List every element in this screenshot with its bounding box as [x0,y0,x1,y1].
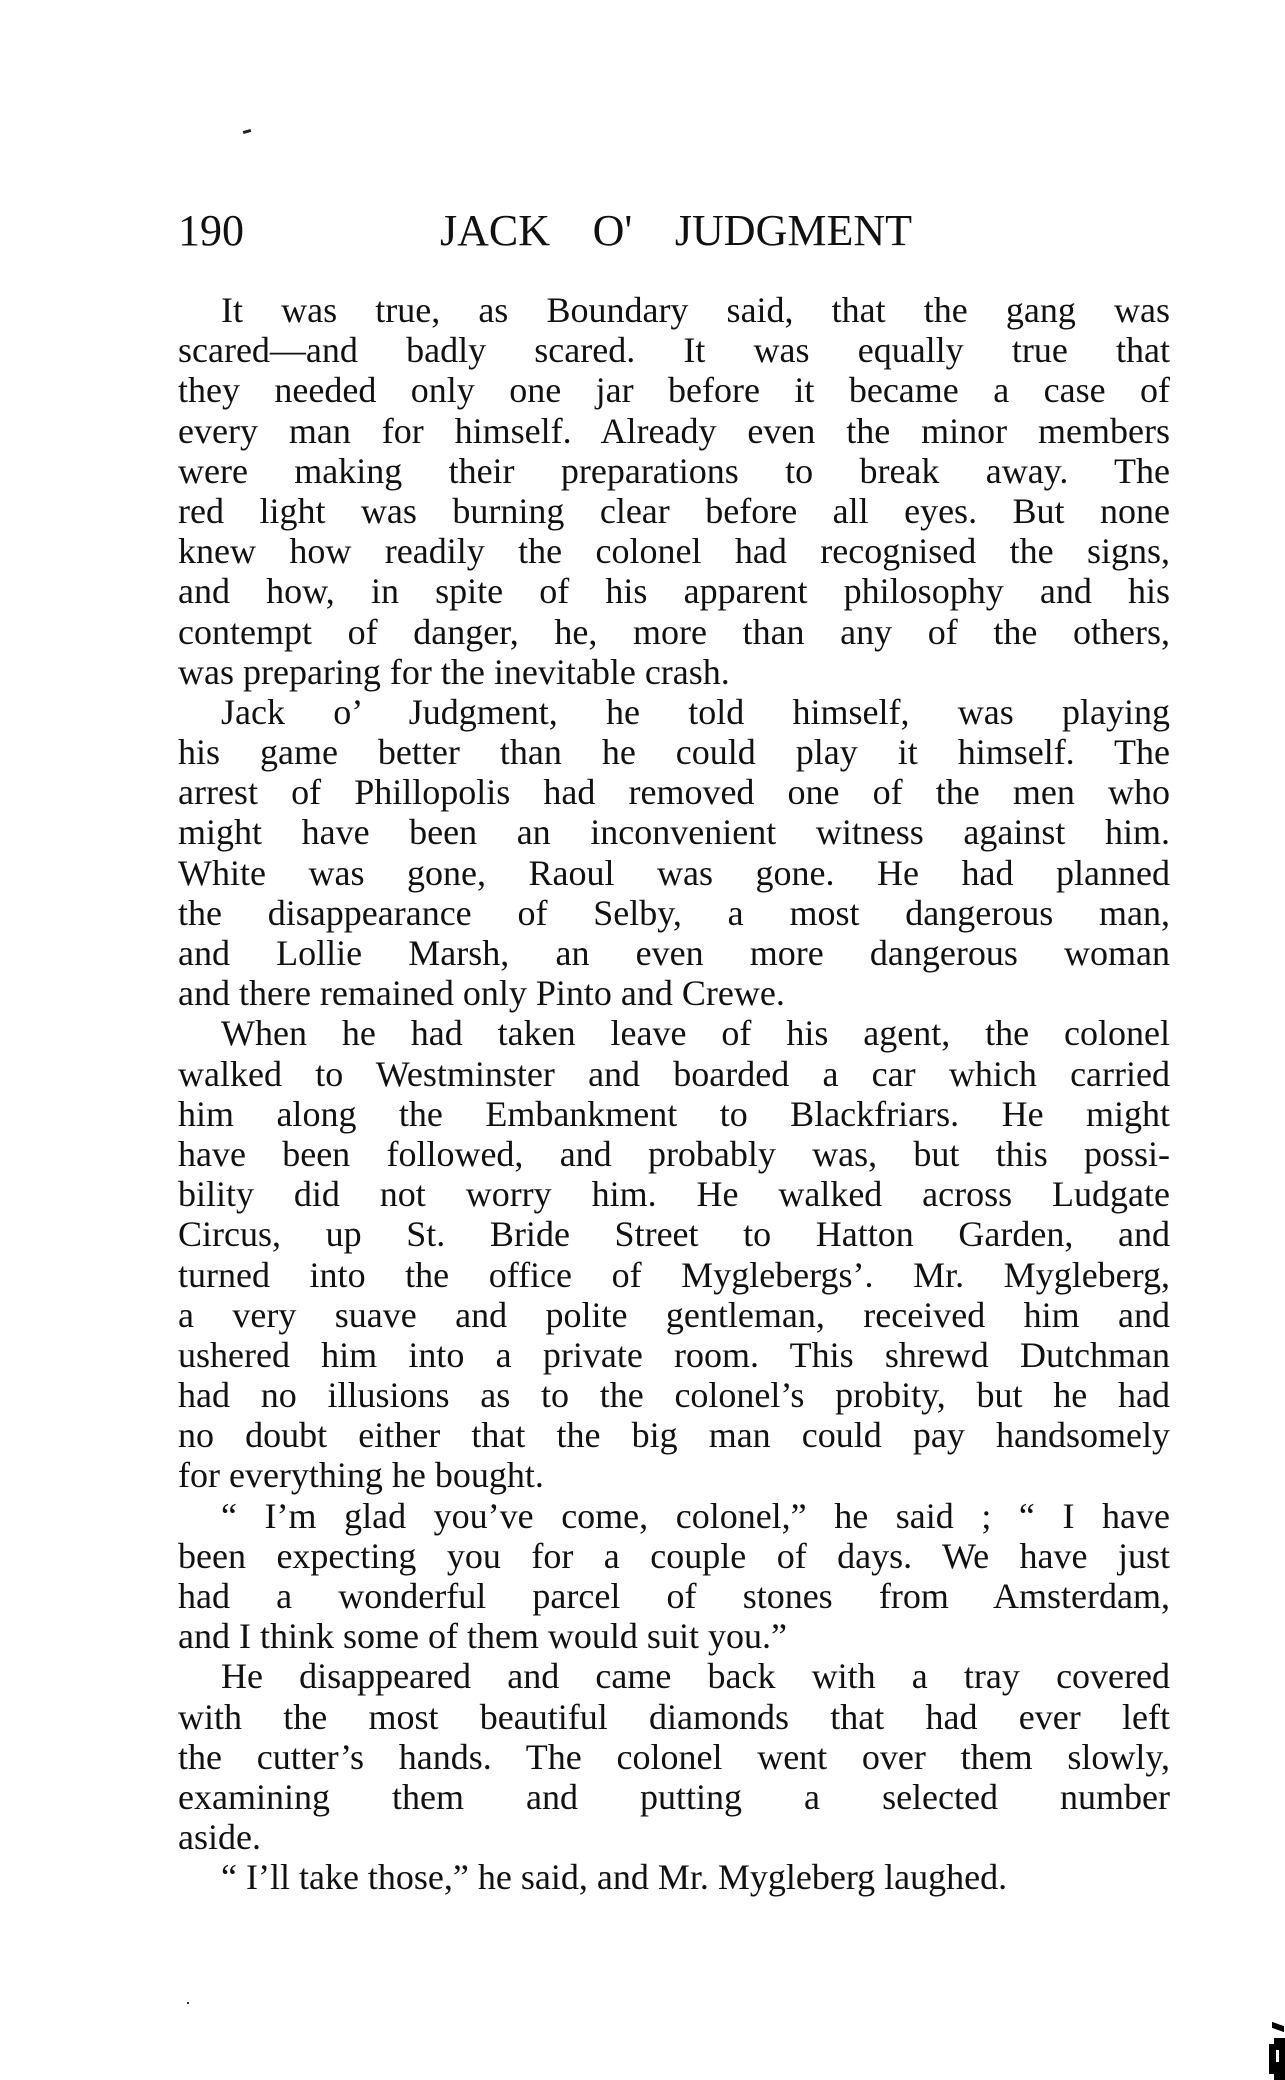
body-text: It was true, as Boundary said, that the … [178,290,1170,1898]
scan-speck [187,2002,189,2004]
text-line: no doubt either that the big man could p… [178,1415,1170,1455]
paragraph: “ I’m glad you’ve come, colonel,” he sai… [178,1496,1170,1657]
text-line: the disappearance of Selby, a most dange… [178,893,1170,933]
text-line: and I think some of them would suit you.… [178,1616,1170,1656]
text-line: Jack o’ Judgment, he told himself, was p… [178,692,1170,732]
text-line: was preparing for the inevitable crash. [178,652,1170,692]
text-line: might have been an inconvenient witness … [178,812,1170,852]
text-line: red light was burning clear before all e… [178,491,1170,531]
text-line: ushered him into a private room. This sh… [178,1335,1170,1375]
text-line: were making their preparations to break … [178,451,1170,491]
text-line: White was gone, Raoul was gone. He had p… [178,853,1170,893]
text-line: and how, in spite of his apparent philos… [178,571,1170,611]
text-line: When he had taken leave of his agent, th… [178,1013,1170,1053]
text-line: “ I’m glad you’ve come, colonel,” he sai… [178,1496,1170,1536]
text-line: He disappeared and came back with a tray… [178,1656,1170,1696]
text-line: knew how readily the colonel had recogni… [178,531,1170,571]
text-line: been expecting you for a couple of days.… [178,1536,1170,1576]
paragraph: Jack o’ Judgment, he told himself, was p… [178,692,1170,1014]
text-line: walked to Westminster and boarded a car … [178,1054,1170,1094]
book-page: 190 JACK O' JUDGMENT It was true, as Bou… [0,0,1285,2080]
paragraph: When he had taken leave of his agent, th… [178,1013,1170,1495]
text-line: and there remained only Pinto and Crewe. [178,973,1170,1013]
scan-edge-artifact [1268,2024,1285,2080]
text-line: have been followed, and probably was, bu… [178,1134,1170,1174]
paragraph: “ I’ll take those,” he said, and Mr. Myg… [178,1857,1170,1897]
text-line: and Lollie Marsh, an even more dangerous… [178,933,1170,973]
paragraph: It was true, as Boundary said, that the … [178,290,1170,692]
text-line: examining them and putting a selected nu… [178,1777,1170,1817]
text-line: for everything he bought. [178,1455,1170,1495]
page-number: 190 [178,205,244,257]
running-title: JACK O' JUDGMENT [440,205,912,257]
text-line: his game better than he could play it hi… [178,732,1170,772]
text-line: the cutter’s hands. The colonel went ove… [178,1737,1170,1777]
text-line: had a wonderful parcel of stones from Am… [178,1576,1170,1616]
text-line: with the most beautiful diamonds that ha… [178,1697,1170,1737]
text-line: a very suave and polite gentleman, recei… [178,1295,1170,1335]
text-line: aside. [178,1817,1170,1857]
text-line: It was true, as Boundary said, that the … [178,290,1170,330]
text-line: they needed only one jar before it becam… [178,370,1170,410]
text-line: bility did not worry him. He walked acro… [178,1174,1170,1214]
text-line: contempt of danger, he, more than any of… [178,612,1170,652]
text-line: Circus, up St. Bride Street to Hatton Ga… [178,1214,1170,1254]
text-line: scared—and badly scared. It was equally … [178,330,1170,370]
text-line: “ I’ll take those,” he said, and Mr. Myg… [178,1857,1170,1897]
text-line: turned into the office of Myglebergs’. M… [178,1255,1170,1295]
paragraph: He disappeared and came back with a tray… [178,1656,1170,1857]
text-line: had no illusions as to the colonel’s pro… [178,1375,1170,1415]
text-line: arrest of Phillopolis had removed one of… [178,772,1170,812]
text-line: every man for himself. Already even the … [178,411,1170,451]
scan-speck [243,129,252,134]
text-line: him along the Embankment to Blackfriars.… [178,1094,1170,1134]
